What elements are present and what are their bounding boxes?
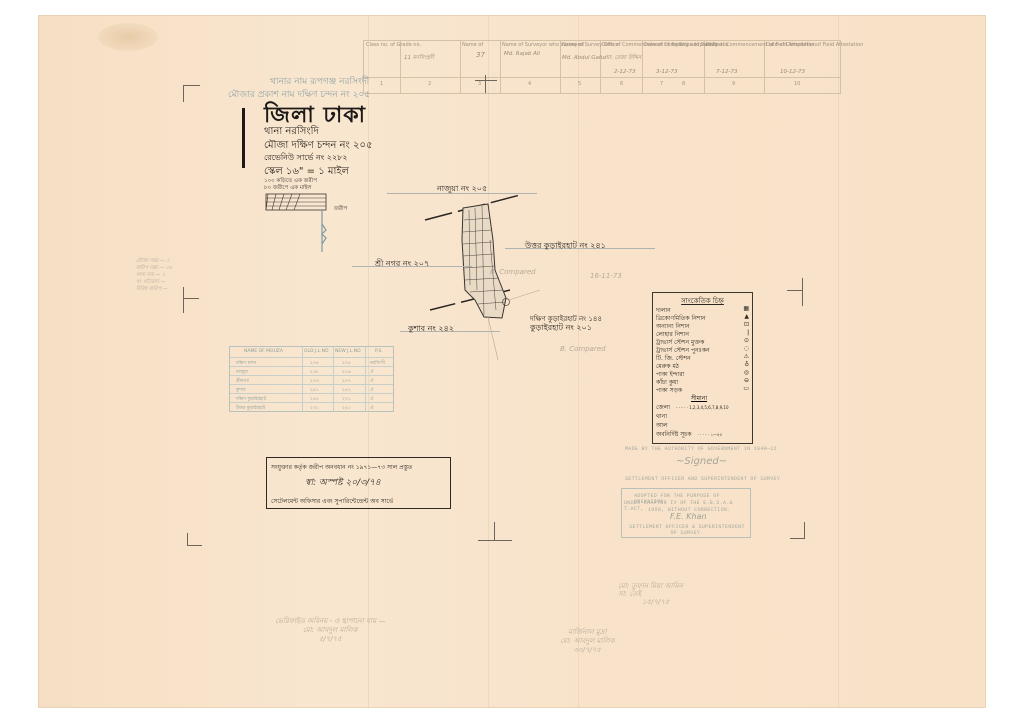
margin-notes: মৌজা নম্বর — ১ জরিপ নক্সা — ৩৮ থানা নাম …: [136, 258, 172, 293]
legend-item: লোহার নিশানǀ: [656, 329, 749, 337]
pencil-note: B. Compared: [560, 345, 606, 353]
table-cell: মো: রেজা উদ্দিন: [604, 55, 641, 63]
officer-signature: ~Signed~: [676, 456, 727, 467]
adoption-stamp: ADOPTED FOR THE PURPOSE OF OPERATION UND…: [621, 488, 751, 538]
boundary-southwest: কুশাব নং ২৪২: [408, 323, 454, 336]
legend-item: অন্যান্য নিশান⊡: [656, 321, 749, 329]
pencil-note: 16-11-73: [590, 272, 622, 280]
mouza-index-table: NAME OF MOUZA OLD J.L.NO NEW J.L.NO P.S.…: [229, 346, 394, 412]
pencil-note-block: মো: তুফান মিয়া আমিন সা: তেই ১৫/৭/৭৫: [618, 582, 683, 606]
legend-symbol-icon: ▭: [743, 385, 749, 392]
corner-mark: [187, 533, 202, 546]
fold-line: [578, 15, 579, 708]
legend-symbol-icon: ⊡: [744, 321, 749, 328]
settlement-stamp: সংযুক্তার কর্তৃক জরীপ অনবধান নং ১৯৭১—৭৩ …: [266, 457, 451, 509]
legend-boundary-item: জেলা- · - · · 1,2,3,4,5,6,7,8,9,10: [656, 402, 749, 410]
scale-bar: [262, 192, 342, 262]
authority-text: MADE BY THE AUTHORITY OF GOVERNMENT IN 1…: [625, 446, 777, 452]
table-cell: 11 মনসিংহদী: [404, 55, 434, 63]
boundary-southeast: কুড়াইরহাট নং ২০১: [530, 322, 592, 335]
legend-item: ত্রিকোণমিতিক নিশান▲: [656, 313, 749, 321]
legend-item: পাকা সড়ক▭: [656, 385, 749, 393]
legend-item: দালান▦: [656, 305, 749, 313]
boundary-north: নাজুয়া নং ২০৫: [437, 183, 487, 196]
boundary-west: শ্রী নগর নং ২০৭: [375, 258, 429, 271]
title-bracket: [242, 108, 250, 168]
table-header-row: NAME OF MOUZA OLD J.L.NO NEW J.L.NO P.S.: [230, 347, 393, 356]
legend-symbol-icon: ⚠: [744, 353, 749, 360]
legend-symbol-icon: ♁: [745, 361, 749, 368]
center-mark: [494, 522, 495, 540]
table-cell: 7-12-73: [716, 69, 737, 75]
table-cell: 3-12-73: [656, 69, 677, 75]
side-mark: [183, 298, 199, 299]
center-mark: [478, 540, 512, 541]
table-header: Date of Completion of Field Attestation: [766, 42, 863, 48]
legend-symbol-icon: ǀ: [747, 329, 749, 336]
legend-item: পাকা ইন্দারা◎: [656, 369, 749, 377]
legend-item: ট্রাভার্স স্টেশন পুনঃকন◌: [656, 345, 749, 353]
map-sheet: [38, 15, 986, 708]
pencil-note: B. Compared: [490, 268, 536, 276]
corner-mark: [183, 85, 200, 102]
fold-line: [488, 15, 489, 708]
center-mark: [485, 75, 487, 93]
legend-symbol-icon: ◌: [744, 345, 749, 352]
stamp-signature: স্বা: অস্পষ্ট ২০/৩/৭৪: [305, 475, 381, 490]
legend-item: কাঁচা কুয়া⊖: [656, 377, 749, 385]
side-mark: [183, 287, 184, 313]
table-header: Class no. of Grade no.: [366, 42, 421, 48]
legend-boundary-item: থানা: [656, 411, 749, 419]
stamp-line1: সংযুক্তার কর্তৃক জরীপ অনবধান নং ১৯৭১—৭৩ …: [271, 462, 412, 473]
table-cell: 37: [476, 51, 485, 59]
legend-boundary-item: আল: [656, 420, 749, 428]
legend-symbol-icon: ▲: [744, 313, 749, 320]
pencil-note-block: মার্জিনাল মুদ্রা মো: আবদুল মালিক ৩০/৭/৭৫: [560, 628, 615, 655]
pencil-note-block: ভেরিফাইড অবিনয় - ও ছাপানো যায় — মো: আব…: [275, 617, 385, 644]
authority-officer: SETTLEMENT OFFICER AND SUPERINTENDENT OF…: [625, 476, 780, 482]
table-cell: 2-12-73: [614, 69, 635, 75]
fold-line: [838, 15, 839, 708]
legend-item: মেরুক মঠ♁: [656, 361, 749, 369]
boundary-east: উত্তর কুড়াইরহাট নং ২৪১: [525, 240, 606, 253]
legend-item: ট্রাভার্স স্টেশন মুক্তক⊙: [656, 337, 749, 345]
legend-item: টি. জি. স্টেশন⚠: [656, 353, 749, 361]
legend-boundary-item: অবনির্দিষ্ট সূচক· · · · · ১—৫৫: [656, 429, 749, 437]
table-cell: Md. Abdul Gafur: [562, 55, 607, 61]
center-mark: [475, 80, 497, 81]
table-row: উত্তর কুড়াইরহাট২৩১২৪১ঐ: [230, 402, 393, 412]
legend-symbol-icon: ⊙: [744, 337, 749, 344]
legend-symbol-icon: ▦: [743, 305, 749, 312]
side-mark: [802, 278, 803, 306]
table-cell: 10-12-73: [780, 69, 805, 75]
scalebar-label: জরীপ: [334, 206, 347, 214]
corner-mark: [790, 522, 805, 539]
table-header: Name of: [462, 42, 483, 48]
survey-record-table: Class no. of Grade no. Name of Name of S…: [363, 40, 841, 94]
paper-stain: [98, 23, 158, 51]
legend-box: সাংকেতিক চিহ্ন দালান▦ত্রিকোণমিতিক নিশান▲…: [652, 292, 753, 444]
legend-symbol-icon: ◎: [744, 369, 749, 376]
legend-symbol-icon: ⊖: [744, 377, 749, 384]
side-mark: [787, 290, 803, 291]
stamp-line3: সেটেলমেন্ট অফিসার এবং সুপারিন্টেন্ডেন্ট …: [271, 496, 393, 507]
table-cell: Md. Rajab Ali: [504, 51, 540, 57]
